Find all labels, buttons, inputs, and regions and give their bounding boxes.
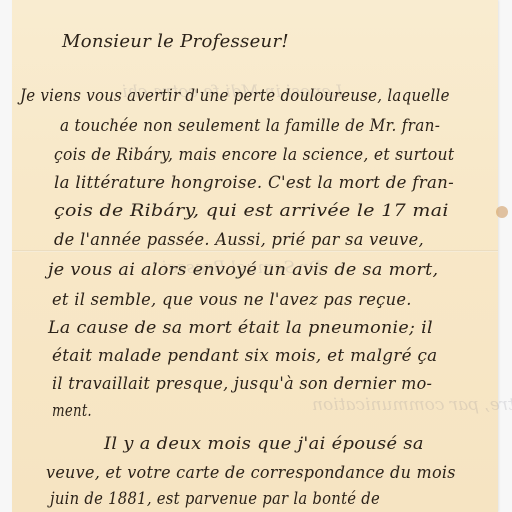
letter-line: veuve, et votre carte de correspondance … xyxy=(46,463,456,483)
letter-line: Il y a deux mois que j'ai épousé sa xyxy=(104,434,424,454)
letter-line: il travaillait presque, jusqu'à son dern… xyxy=(52,374,432,394)
letter-line: juin de 1881, est parvenue par la bonté … xyxy=(50,489,380,509)
letter-line: Je viens vous avertir d'une perte doulou… xyxy=(20,86,450,106)
letter-line: çois de Ribáry, mais encore la science, … xyxy=(54,145,454,165)
letter-line: a touchée non seulement la famille de Mr… xyxy=(60,116,440,136)
letter-line: était malade pendant six mois, et malgré… xyxy=(52,346,437,366)
bleed-through-text: alle lettre, par communication xyxy=(312,395,512,415)
letter-line: La cause de sa mort était la pneumonie; … xyxy=(48,318,433,338)
letter-line: la littérature hongroise. C'est la mort … xyxy=(54,173,454,193)
letter-page: Lenosi in Mdi fe cotra chi Dr Samuel Bra… xyxy=(12,0,498,512)
letter-line: çois de Ribáry, qui est arrivée le 17 ma… xyxy=(54,201,449,221)
letter-line: de l'année passée. Aussi, prié par sa ve… xyxy=(54,230,424,250)
fold-crease xyxy=(12,250,498,252)
salutation: Monsieur le Professeur! xyxy=(62,31,289,52)
letter-line: et il semble, que vous ne l'avez pas reç… xyxy=(52,290,412,310)
paper-stain xyxy=(496,206,508,218)
letter-line: ment. xyxy=(52,401,92,421)
letter-line: je vous ai alors envoyé un avis de sa mo… xyxy=(48,260,438,280)
